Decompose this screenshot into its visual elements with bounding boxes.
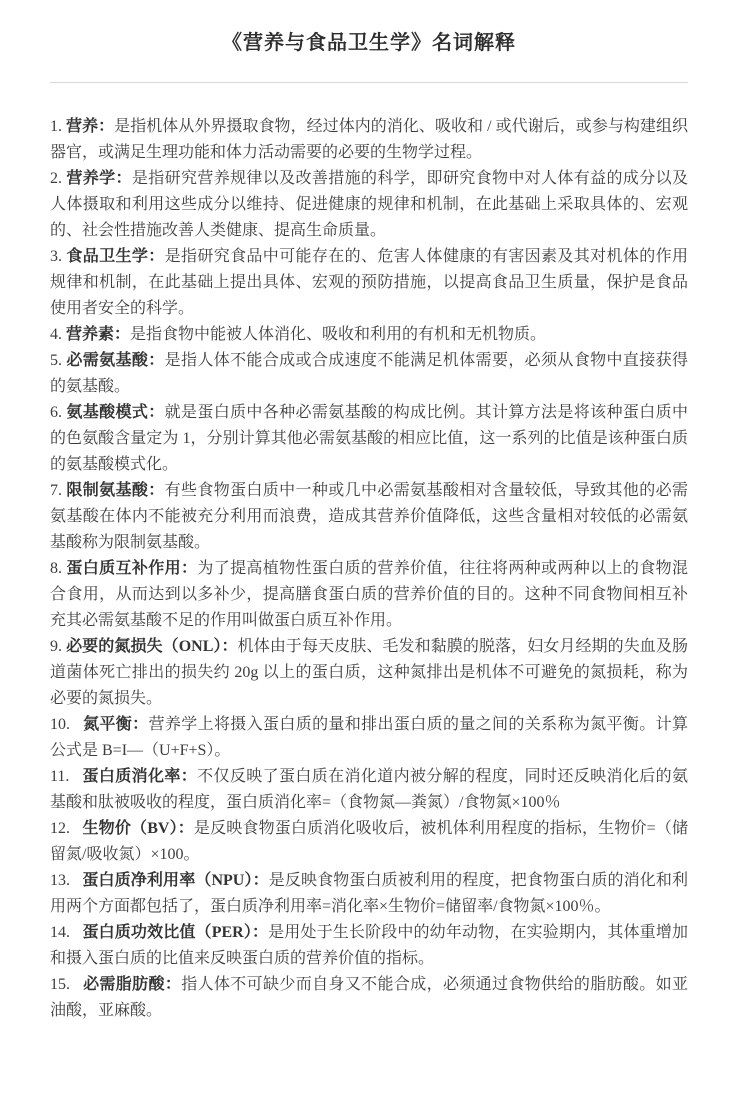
- item-number: 8.: [50, 560, 66, 577]
- item-number: 9.: [50, 638, 66, 655]
- item-term: 限制氨基酸：: [66, 482, 164, 499]
- definition-item: 9. 必要的氮损失（ONL）：机体由于每天皮肤、毛发和黏膜的脱落，妇女月经期的失…: [50, 634, 688, 712]
- item-number: 3.: [50, 248, 66, 265]
- item-number: 4.: [50, 326, 66, 343]
- item-number: 14.: [50, 924, 82, 941]
- item-definition: 是指食物中能被人体消化、吸收和利用的有机和无机物质。: [130, 326, 546, 343]
- item-number: 1.: [50, 118, 66, 135]
- definition-item: 12. 生物价（BV）：是反映食物蛋白质消化吸收后，被机体利用程度的指标，生物价…: [50, 816, 688, 868]
- item-number: 15.: [50, 976, 83, 993]
- item-number: 5.: [50, 352, 66, 369]
- definition-item: 11. 蛋白质消化率：不仅反映了蛋白质在消化道内被分解的程度，同时还反映消化后的…: [50, 764, 688, 816]
- item-term: 蛋白质功效比值（PER）：: [82, 924, 268, 941]
- item-number: 12.: [50, 820, 83, 837]
- definition-item: 3. 食品卫生学：是指研究食品中可能存在的、危害人体健康的有害因素及其对机体的作…: [50, 244, 688, 322]
- document-page: 《营养与食品卫生学》名词解释 1. 营养：是指机体从外界摄取食物，经过体内的消化…: [0, 0, 744, 1101]
- item-term: 营养素：: [66, 326, 130, 343]
- item-term: 生物价（BV）：: [83, 820, 194, 837]
- definition-item: 8. 蛋白质互补作用：为了提高植物性蛋白质的营养价值，往往将两种或两种以上的食物…: [50, 556, 688, 634]
- definition-item: 7. 限制氨基酸：有些食物蛋白质中一种或几中必需氨基酸相对含量较低，导致其他的必…: [50, 478, 688, 556]
- page-title: 《营养与食品卫生学》名词解释: [50, 30, 688, 56]
- item-number: 6.: [50, 404, 66, 421]
- item-term: 营养：: [66, 118, 114, 135]
- definition-item: 13. 蛋白质净利用率（NPU）：是反映食物蛋白质被利用的程度，把食物蛋白质的消…: [50, 868, 688, 920]
- definition-item: 5. 必需氨基酸：是指人体不能合成或合成速度不能满足机体需要，必须从食物中直接获…: [50, 348, 688, 400]
- item-number: 13.: [50, 872, 82, 889]
- definition-item: 6. 氨基酸模式：就是蛋白质中各种必需氨基酸的构成比例。其计算方法是将该种蛋白质…: [50, 400, 688, 478]
- item-term: 营养学：: [66, 170, 131, 187]
- item-term: 蛋白质消化率：: [83, 768, 198, 785]
- item-term: 食品卫生学：: [66, 248, 164, 265]
- definition-item: 4. 营养素：是指食物中能被人体消化、吸收和利用的有机和无机物质。: [50, 322, 688, 348]
- item-term: 氨基酸模式：: [66, 404, 164, 421]
- definition-item: 2. 营养学：是指研究营养规律以及改善措施的科学，即研究食物中对人体有益的成分以…: [50, 166, 688, 244]
- item-term: 蛋白质净利用率（NPU）：: [82, 872, 268, 889]
- definition-item: 1. 营养：是指机体从外界摄取食物，经过体内的消化、吸收和 / 或代谢后，或参与…: [50, 114, 688, 166]
- title-divider: [50, 82, 688, 83]
- item-number: 7.: [50, 482, 66, 499]
- item-number: 2.: [50, 170, 66, 187]
- definition-item: 15. 必需脂肪酸：指人体不可缺少而自身又不能合成，必须通过食物供给的脂肪酸。如…: [50, 972, 688, 1024]
- definition-item: 14. 蛋白质功效比值（PER）：是用处于生长阶段中的幼年动物，在实验期内，其体…: [50, 920, 688, 972]
- item-definition: 是指机体从外界摄取食物，经过体内的消化、吸收和 / 或代谢后，或参与构建组织器官…: [50, 118, 688, 161]
- item-number: 11.: [50, 768, 83, 785]
- item-definition: 是指研究营养规律以及改善措施的科学，即研究食物中对人体有益的成分以及人体摄取和利…: [50, 170, 688, 239]
- item-term: 必要的氮损失（ONL）：: [66, 638, 238, 655]
- item-term: 必需脂肪酸：: [83, 976, 181, 993]
- item-term: 蛋白质互补作用：: [66, 560, 197, 577]
- item-number: 10.: [50, 716, 83, 733]
- definition-item: 10. 氮平衡：营养学上将摄入蛋白质的量和排出蛋白质的量之间的关系称为氮平衡。计…: [50, 712, 688, 764]
- definition-list: 1. 营养：是指机体从外界摄取食物，经过体内的消化、吸收和 / 或代谢后，或参与…: [50, 114, 688, 1024]
- item-term: 氮平衡：: [83, 716, 148, 733]
- item-term: 必需氨基酸：: [66, 352, 164, 369]
